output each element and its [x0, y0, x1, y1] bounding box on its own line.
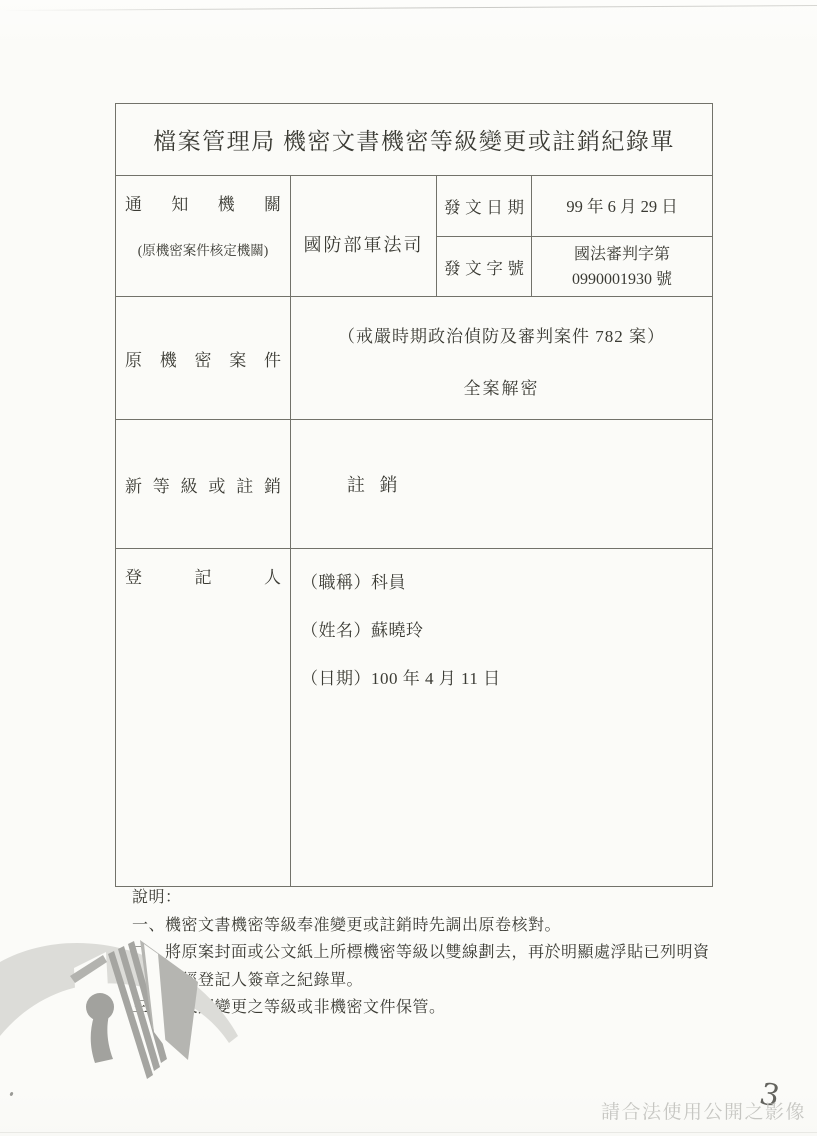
notify-agency-sublabel: (原機密案件核定機關) — [125, 239, 281, 259]
issue-date-row: 發 文 日 期 99 年 6 月 29 日 — [437, 176, 712, 236]
registrar-value: （職稱）科員 （姓名）蘇曉玲 （日期）100 年 4 月 11 日 — [291, 549, 712, 886]
notes-line-3: 三、原案照變更之等級或非機密文件保管。 — [132, 994, 722, 1022]
scan-edge-artifact-top — [0, 5, 817, 11]
row-original-case: 原 機 密 案 件 （戒嚴時期政治偵防及審判案件 782 案） 全案解密 — [116, 296, 712, 419]
row-new-level: 新 等 級 或 註 銷 註 銷 — [116, 419, 712, 548]
scan-speckle — [9, 1092, 13, 1097]
row-registrar: 登 記 人 （職稱）科員 （姓名）蘇曉玲 （日期）100 年 4 月 11 日 — [116, 548, 712, 886]
registrar-name: （姓名）蘇曉玲 — [301, 619, 712, 643]
issue-number-row: 發 文 字 號 國法審判字第 0990001930 號 — [437, 236, 712, 296]
registrar-label: 登 記 人 — [125, 563, 281, 588]
original-case-label-cell: 原 機 密 案 件 — [116, 297, 291, 419]
form-title: 檔案管理局 機密文書機密等級變更或註銷紀錄單 — [116, 104, 712, 175]
notes-heading: 說明： — [132, 884, 722, 912]
original-case-line1: （戒嚴時期政治偵防及審判案件 782 案） — [291, 325, 712, 349]
notes-section: 說明： 一、機密文書機密等級奉准變更或註銷時先調出原卷核對。 二、將原案封面或公… — [132, 884, 722, 1022]
new-level-label-cell: 新 等 級 或 註 銷 — [116, 420, 291, 548]
scan-edge-artifact-bottom — [0, 1132, 817, 1133]
notes-line-2-continued: 料經登記人簽章之紀錄單。 — [132, 967, 722, 995]
original-case-line2: 全案解密 — [291, 377, 712, 401]
issue-date-label: 發 文 日 期 — [444, 194, 524, 218]
notify-agency-label-cell: 通 知 機 關 (原機密案件核定機關) — [116, 176, 291, 296]
issue-number-label: 發 文 字 號 — [444, 255, 524, 279]
original-case-label: 原 機 密 案 件 — [125, 346, 281, 371]
issue-info-block: 發 文 日 期 99 年 6 月 29 日 發 文 字 號 國法審判字第 099… — [437, 176, 712, 296]
notes-line-2: 二、將原案封面或公文紙上所標機密等級以雙線劃去，再於明顯處浮貼已列明資 — [132, 939, 722, 967]
row-notify-agency: 通 知 機 關 (原機密案件核定機關) 國防部軍法司 發 文 日 期 99 年 … — [116, 175, 712, 296]
issue-number-line2: 0990001930 號 — [572, 267, 672, 292]
new-level-value: 註 銷 — [291, 420, 712, 548]
issue-date-value: 99 年 6 月 29 日 — [532, 176, 712, 236]
usage-watermark-text: 請合法使用公開之影像 — [601, 1097, 806, 1124]
original-case-value: （戒嚴時期政治偵防及審判案件 782 案） 全案解密 — [291, 297, 712, 419]
registrar-job-title: （職稱）科員 — [301, 571, 712, 595]
issue-date-label-cell: 發 文 日 期 — [437, 176, 532, 236]
notify-agency-value: 國防部軍法司 — [291, 176, 437, 296]
scanned-document-page: 檔案管理局 機密文書機密等級變更或註銷紀錄單 通 知 機 關 (原機密案件核定機… — [0, 0, 817, 1136]
record-form-table: 檔案管理局 機密文書機密等級變更或註銷紀錄單 通 知 機 關 (原機密案件核定機… — [115, 103, 713, 887]
issue-number-label-cell: 發 文 字 號 — [437, 237, 532, 296]
notify-agency-label: 通 知 機 關 — [125, 190, 281, 215]
registrar-date: （日期）100 年 4 月 11 日 — [301, 667, 712, 691]
new-level-label: 新 等 級 或 註 銷 — [125, 472, 281, 497]
issue-number-line1: 國法審判字第 — [574, 242, 670, 267]
registrar-label-cell: 登 記 人 — [116, 549, 291, 886]
notes-line-1: 一、機密文書機密等級奉准變更或註銷時先調出原卷核對。 — [132, 912, 722, 940]
issue-number-value: 國法審判字第 0990001930 號 — [532, 237, 712, 296]
